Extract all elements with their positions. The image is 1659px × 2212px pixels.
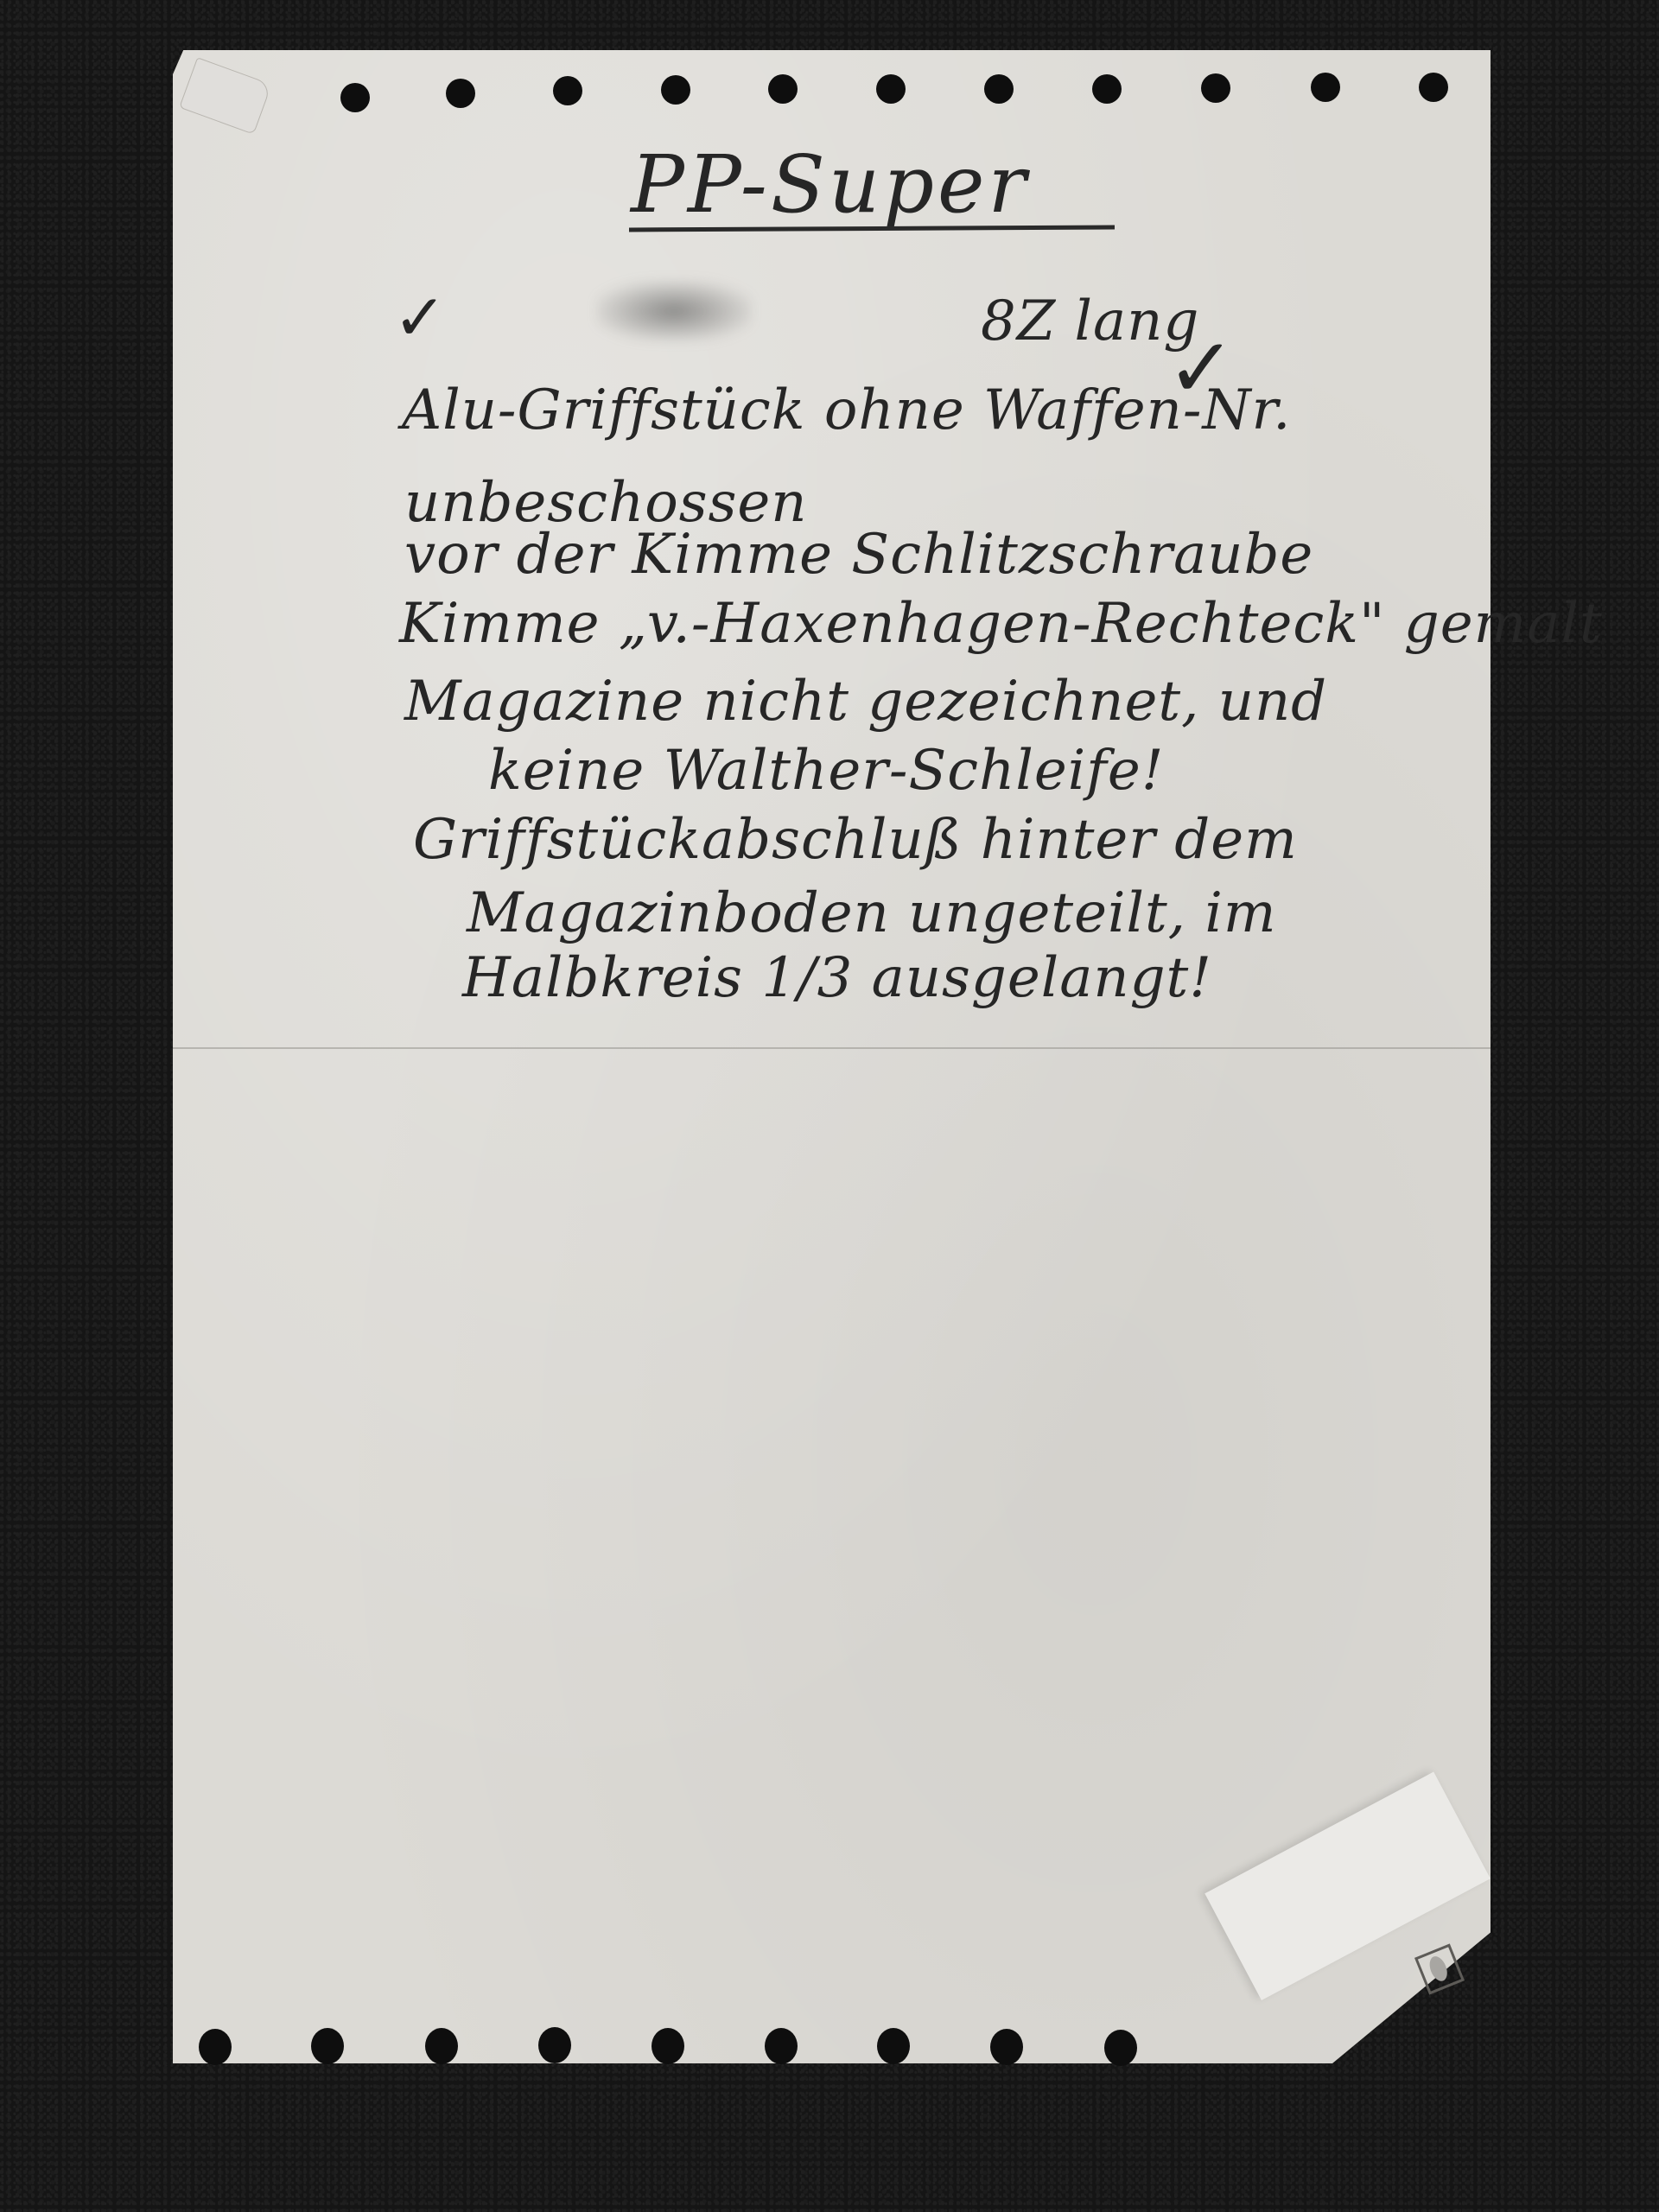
note-line-3: vor der Kimme Schlitzschraube bbox=[404, 523, 1313, 587]
checkmark-icon: ✓ bbox=[393, 281, 448, 355]
note-line-4: Kimme „v.-Haxenhagen-Rechteck" gemalt bbox=[399, 592, 1603, 656]
note-title: PP-Super bbox=[631, 138, 1029, 231]
note-line-9: Halbkreis 1/3 ausgelangt! bbox=[462, 946, 1212, 1010]
note-line-5: Magazine nicht gezeichnet, und bbox=[404, 670, 1327, 734]
note-line-7: Griffstückabschluß hinter dem bbox=[413, 808, 1298, 872]
note-line-8: Magazinboden ungeteilt, im bbox=[467, 881, 1277, 945]
handwritten-note: PP-Super ✓ 8Z lang ✓ Alu-Griffstück ohne… bbox=[0, 0, 1659, 2212]
note-line-1: Alu-Griffstück ohne Waffen-Nr. bbox=[402, 378, 1291, 442]
redacted-text-blur bbox=[596, 281, 752, 341]
note-line-6: keine Walther-Schleife! bbox=[488, 739, 1164, 803]
